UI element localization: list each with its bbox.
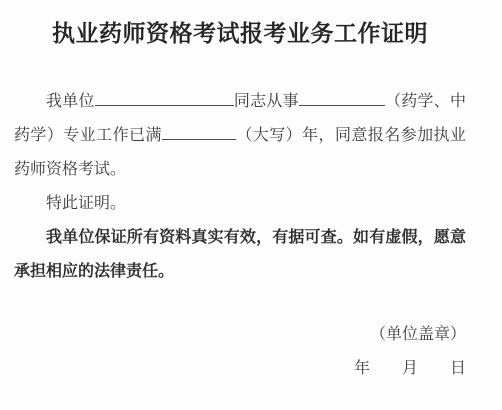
comrade-engaged-text: 同志从事 (234, 93, 299, 110)
page-title: 执业药师资格考试报考业务工作证明 (14, 0, 466, 49)
main-paragraph: 我单位同志从事（药学、中药学）专业工作已满（大写）年，同意报名参加执业药师资格考… (14, 85, 466, 187)
seal-label: （单位盖章） (14, 318, 466, 352)
date-line: 年 月 日 (14, 352, 466, 386)
signature-block: （单位盖章） 年 月 日 (14, 318, 466, 386)
unit-prefix-text: 我单位 (46, 93, 95, 110)
years-blank (162, 124, 236, 140)
hereby-certify-text: 特此证明。 (14, 187, 466, 221)
certificate-body: 我单位同志从事（药学、中药学）专业工作已满（大写）年，同意报名参加执业药师资格考… (14, 85, 466, 289)
major-blank (299, 90, 385, 106)
certificate-document: 执业药师资格考试报考业务工作证明 我单位同志从事（药学、中药学）专业工作已满（大… (0, 0, 502, 410)
guarantee-paragraph: 我单位保证所有资料真实有效，有据可查。如有虚假，愿意承担相应的法律责任。 (14, 221, 466, 289)
unit-name-blank (95, 90, 234, 106)
